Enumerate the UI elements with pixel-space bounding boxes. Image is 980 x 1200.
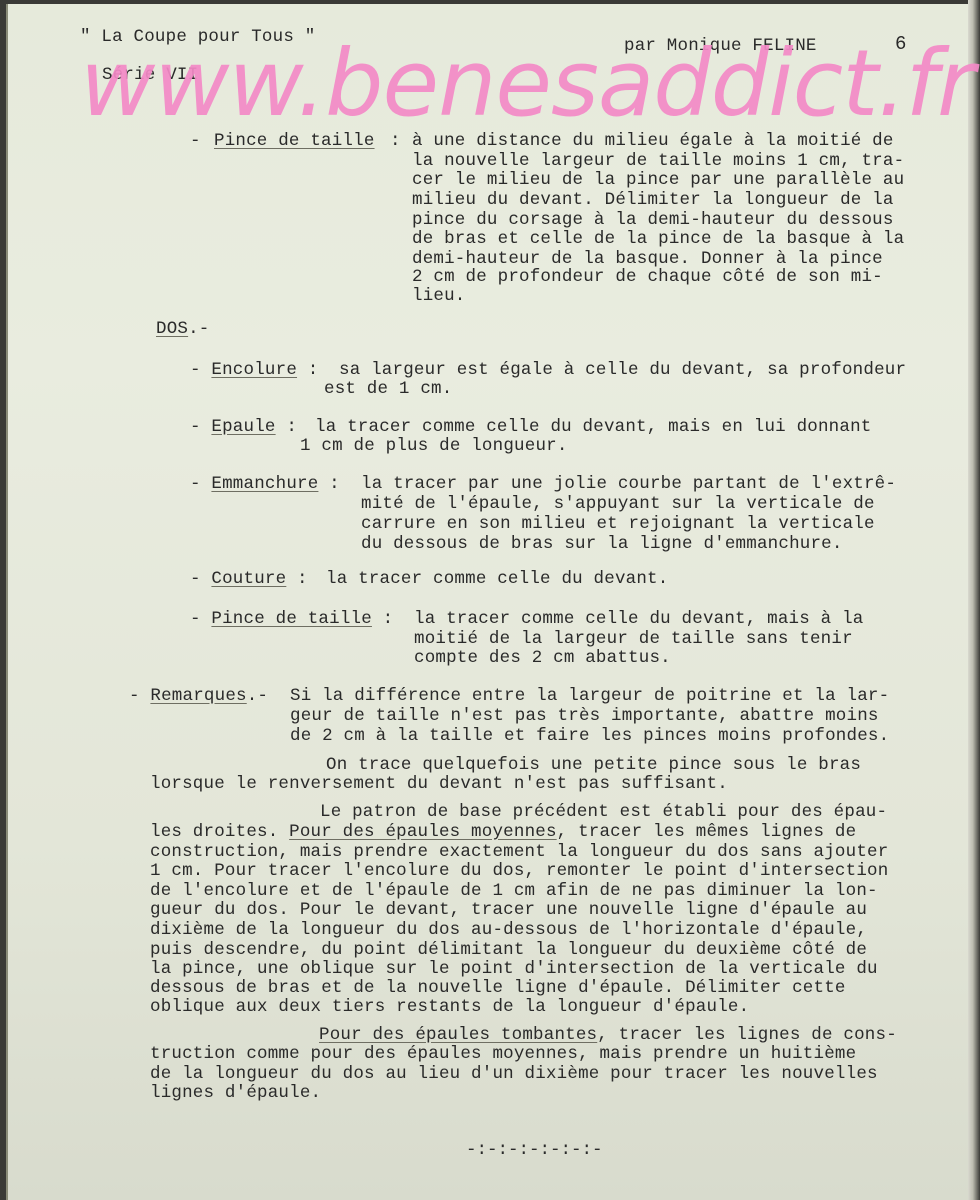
paragraph-line: de l'encolure et de l'épaule de 1 cm afi…: [150, 882, 878, 902]
dos-heading-suffix: .-: [188, 319, 209, 339]
definition-line: geur de taille n'est pas très importante…: [290, 707, 879, 727]
item-remarques: - Remarques.-: [129, 687, 268, 707]
item-encolure: - Encolure :: [190, 361, 318, 381]
definition-line: 1 cm de plus de longueur.: [300, 437, 568, 457]
remarques-suffix: .-: [247, 686, 268, 706]
watermark: www.benesaddict.fr: [80, 34, 974, 134]
term-remarques: Remarques: [150, 686, 246, 706]
definition-line: carrure en son milieu et rejoignant la v…: [361, 515, 875, 535]
definition-line: la tracer par une jolie courbe partant d…: [361, 475, 896, 495]
paragraph-line: lorsque le renversement du devant n'est …: [150, 775, 728, 795]
term-emmanchure: Emmanchure: [211, 474, 318, 494]
definition-line: du dessous de bras sur la ligne d'emmanc…: [361, 535, 843, 555]
paragraph-line: construction, mais prendre exactement la…: [150, 843, 888, 863]
dos-heading-text: DOS: [156, 319, 188, 339]
definition-line: la nouvelle largeur de taille moins 1 cm…: [412, 152, 904, 172]
page-edge-shadow: [968, 0, 980, 1200]
paragraph-line: dixième de la longueur du dos au-dessous…: [150, 921, 867, 941]
paragraph-line: On trace quelquefois une petite pince so…: [326, 756, 861, 776]
definition-line: compte des 2 cm abattus.: [414, 649, 671, 669]
paragraph-line: lignes d'épaule.: [150, 1084, 321, 1104]
paragraph-line: les droites. Pour des épaules moyennes, …: [150, 823, 856, 843]
term-couture: Couture: [211, 569, 286, 589]
text-run: , tracer les lignes de cons-: [597, 1025, 897, 1045]
term-pince-de-taille-dos: Pince de taille: [211, 609, 372, 629]
item-couture: - Couture :: [190, 570, 308, 590]
definition-line: de bras et celle de la pince de la basqu…: [412, 230, 904, 250]
definition-line: la tracer comme celle du devant, mais en…: [315, 418, 872, 438]
paragraph-line: gueur du dos. Pour le devant, tracer une…: [150, 901, 867, 921]
definition-line: pince du corsage à la demi-hauteur du de…: [412, 211, 894, 231]
document-page: " La Coupe pour Tous " par Monique FELIN…: [6, 4, 970, 1200]
paragraph-line: la pince, une oblique sur le point d'int…: [150, 960, 878, 980]
term-epaule: Epaule: [211, 417, 275, 437]
item-emmanchure: - Emmanchure :: [190, 475, 340, 495]
text-run: les droites.: [150, 822, 289, 842]
term-encolure: Encolure: [211, 360, 297, 380]
paragraph-line: 1 cm. Pour tracer l'encolure du dos, rem…: [150, 862, 888, 882]
paragraph-line: oblique aux deux tiers restants de la lo…: [150, 998, 749, 1018]
paragraph-line: puis descendre, du point délimitant la l…: [150, 941, 867, 961]
paragraph-line: Pour des épaules tombantes, tracer les l…: [319, 1026, 897, 1046]
section-heading-dos: DOS.-: [156, 320, 210, 340]
definition-line: lieu.: [412, 287, 466, 307]
paragraph-line: dessous de bras et de la nouvelle ligne …: [150, 979, 846, 999]
definition-line: Si la différence entre la largeur de poi…: [290, 687, 889, 707]
end-ornament: -:-:-:-:-:-:-: [466, 1141, 603, 1161]
definition-line: 2 cm de profondeur de chaque côté de son…: [412, 268, 883, 288]
definition-line: milieu du devant. Délimiter la longueur …: [412, 191, 894, 211]
definition-line: est de 1 cm.: [324, 380, 452, 400]
item-epaule: - Epaule :: [190, 418, 297, 438]
definition-line: mité de l'épaule, s'appuyant sur la vert…: [361, 495, 875, 515]
definition-line: cer le milieu de la pince par une parall…: [412, 171, 904, 191]
item-pince-dos: - Pince de taille :: [190, 610, 393, 630]
definition-line: de 2 cm à la taille et faire les pinces …: [290, 727, 889, 747]
definition-line: moitié de la largeur de taille sans teni…: [414, 630, 853, 650]
emphasis-epaules-moyennes: Pour des épaules moyennes: [289, 822, 557, 842]
definition-line: la tracer comme celle du devant, mais à …: [414, 610, 863, 630]
definition-line: la tracer comme celle du devant.: [326, 570, 668, 590]
text-run: , tracer les mêmes lignes de: [557, 822, 857, 842]
definition-line: sa largeur est égale à celle du devant, …: [339, 361, 906, 381]
paragraph-line: de la longueur du dos au lieu d'un dixiè…: [150, 1065, 878, 1085]
paragraph-line: truction comme pour des épaules moyennes…: [150, 1045, 856, 1065]
paragraph-line: Le patron de base précédent est établi p…: [320, 803, 887, 823]
emphasis-epaules-tombantes: Pour des épaules tombantes: [319, 1025, 597, 1045]
